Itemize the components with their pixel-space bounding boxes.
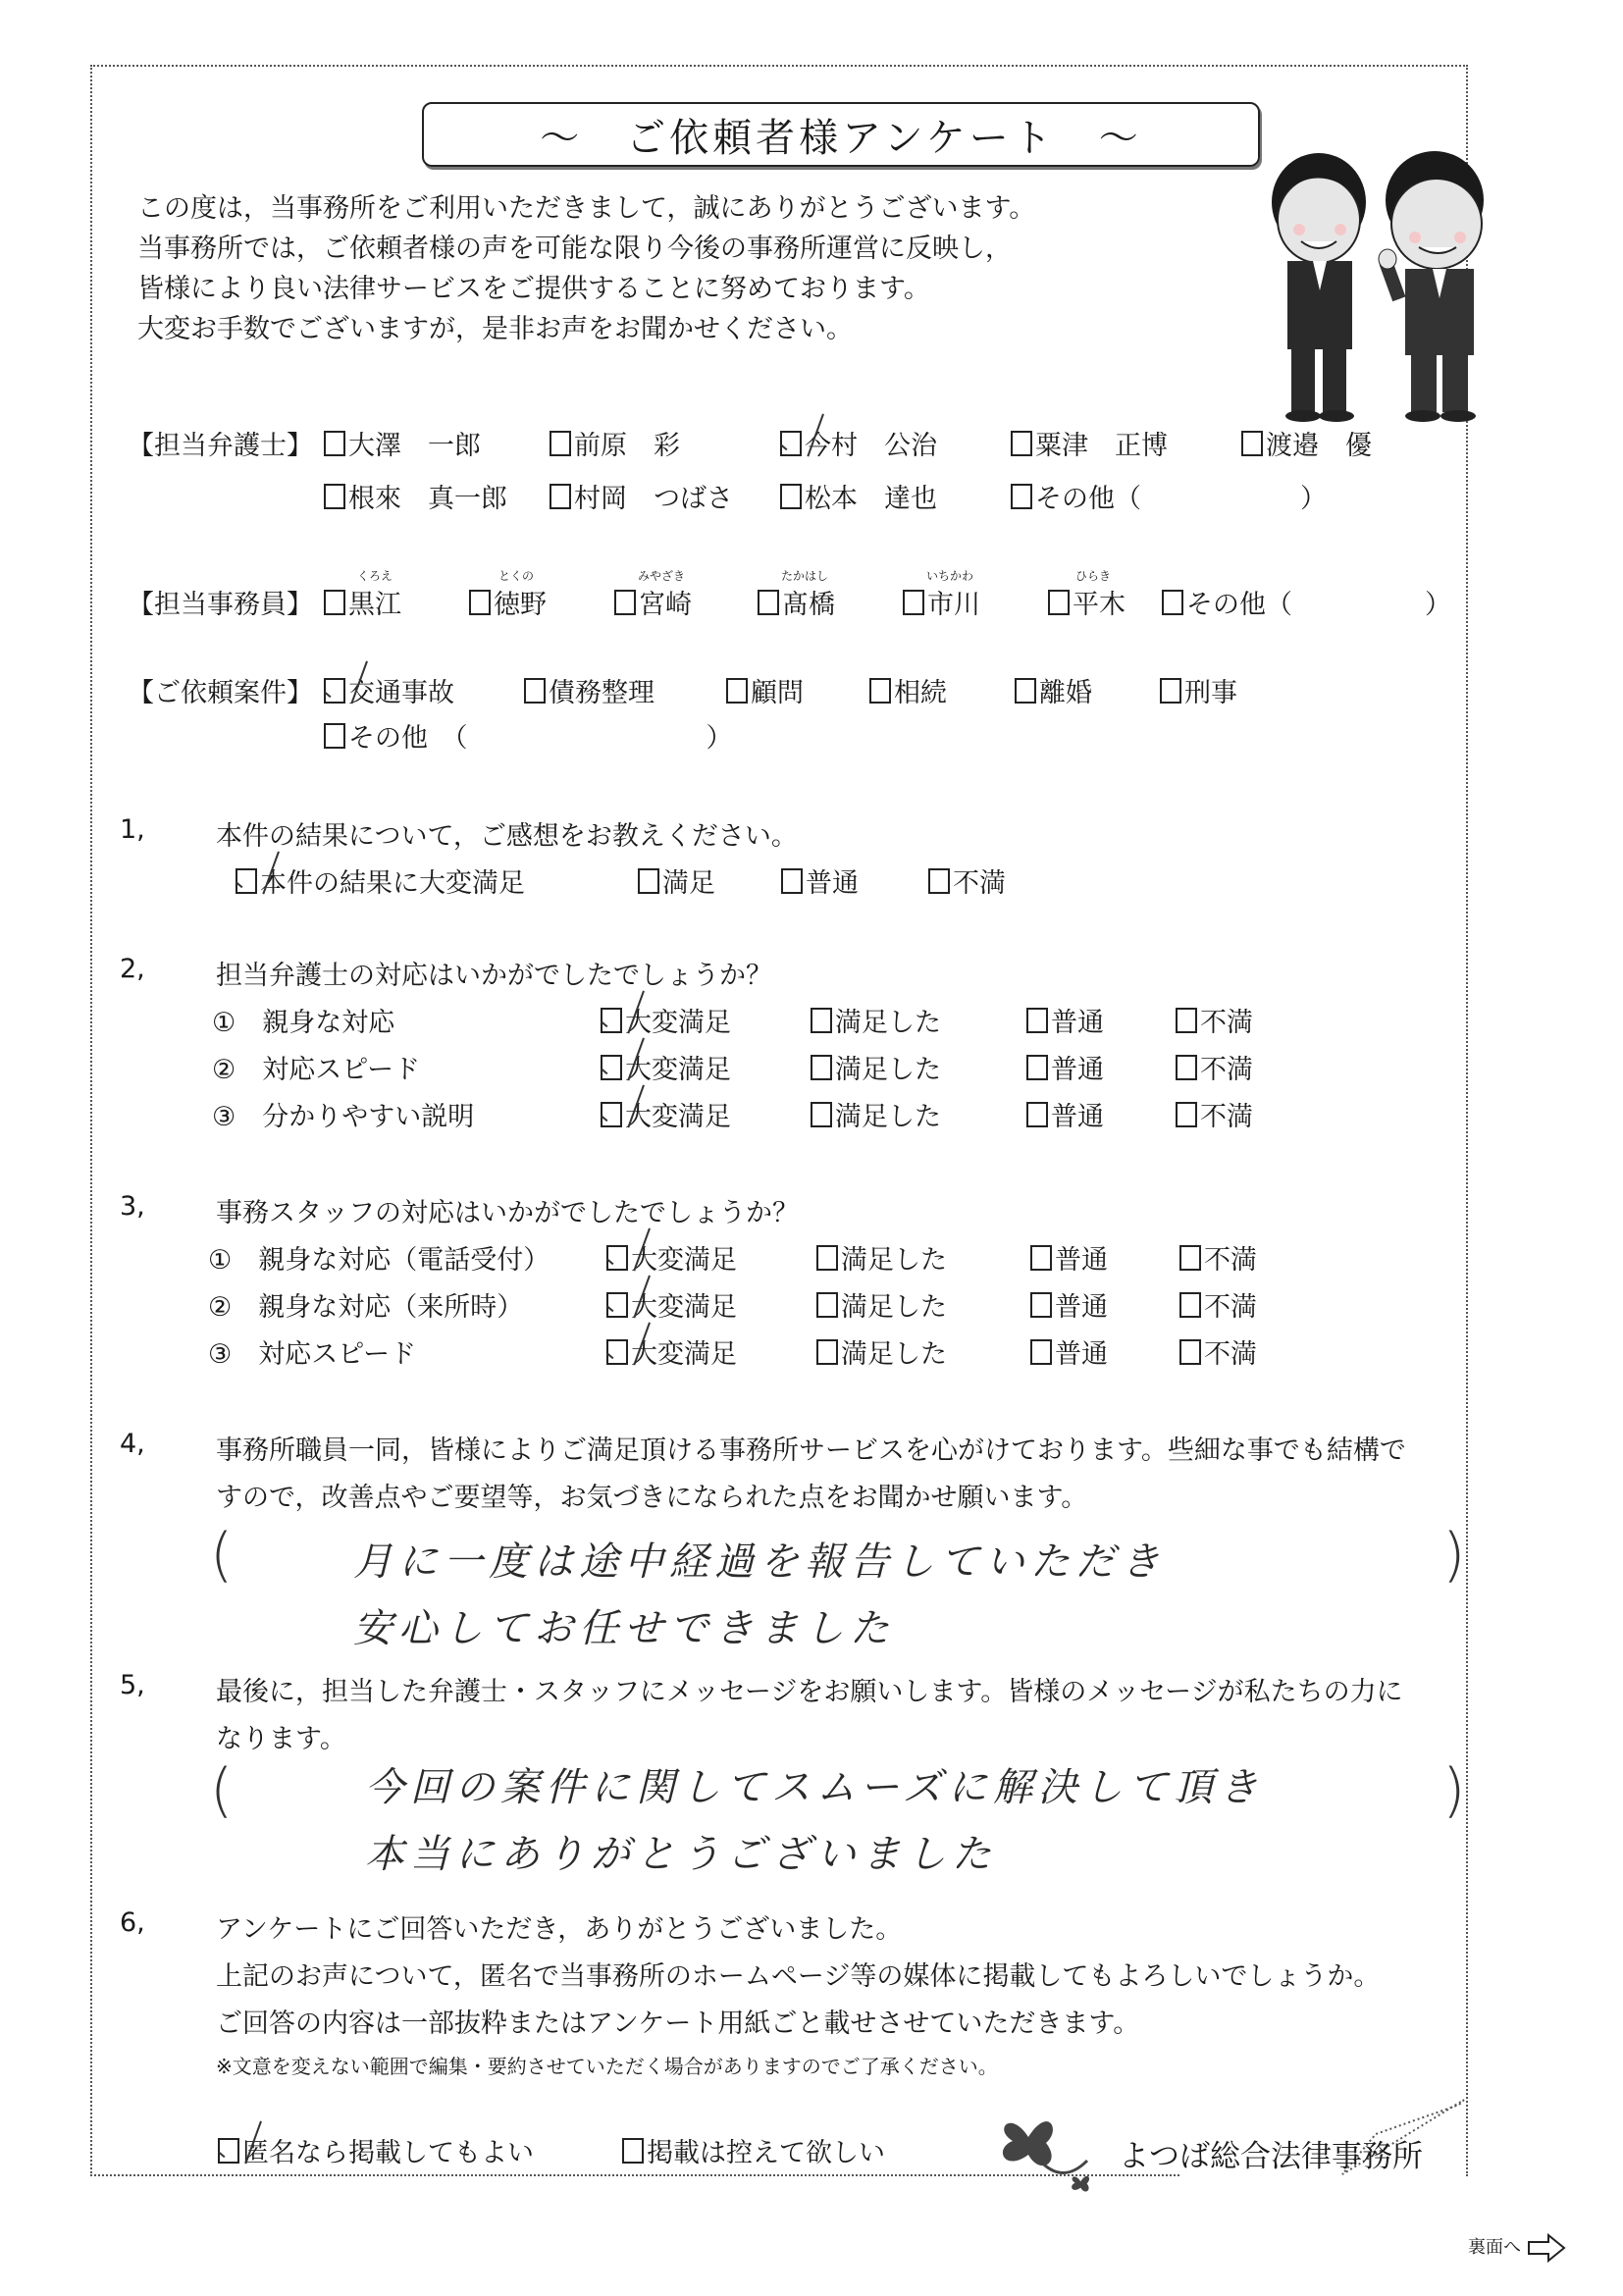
staff-option-other[interactable]: その他（ ）	[1162, 583, 1451, 621]
checkbox-unchecked[interactable]	[1015, 678, 1036, 704]
question-number: 1,	[120, 814, 145, 845]
q3-3-satisfied[interactable]: 満足した	[816, 1332, 947, 1371]
question-5-text: 最後に，担当した弁護士・スタッフにメッセージをお願いします。皆様のメッセージが私…	[216, 1670, 1403, 1708]
option-label: 平木	[1073, 583, 1126, 621]
q3-1-average[interactable]: 普通	[1030, 1238, 1108, 1277]
q2-3-average[interactable]: 普通	[1026, 1095, 1104, 1133]
checkbox-unchecked[interactable]	[638, 868, 659, 894]
option-label: 満足した	[835, 1048, 941, 1086]
lawyers-label: 【担当弁護士】	[128, 424, 313, 462]
option-label: 普通	[1055, 1238, 1108, 1277]
case-option-inheritance[interactable]: 相続	[869, 671, 947, 709]
q3-3-dissatisfied[interactable]: 不満	[1179, 1332, 1257, 1371]
question-number: 5,	[120, 1670, 145, 1700]
q1-option-dissatisfied[interactable]: 不満	[928, 861, 1006, 900]
edit-disclaimer-note: ※文意を変えない範囲で編集・要約させていただく場合がありますのでご了承ください。	[216, 2051, 998, 2079]
answer-bracket-right: )	[1442, 1521, 1465, 1590]
q2-item-label: ③ 分かりやすい説明	[212, 1095, 474, 1133]
four-leaf-clover-logo-icon	[991, 2100, 1119, 2198]
lawyer-mascots-illustration	[1258, 143, 1503, 428]
q3-3-very-satisfied[interactable]: 大変満足	[606, 1332, 737, 1371]
option-label: 刑事	[1184, 671, 1237, 709]
question-number: 3,	[120, 1191, 145, 1222]
q6-option-decline[interactable]: 掲載は控えて欲しい	[622, 2131, 885, 2169]
q5-handwritten-answer[interactable]: 本当にありがとうございました	[365, 1823, 997, 1879]
checkbox-unchecked[interactable]	[1011, 431, 1032, 456]
lawyer-option-muraoka[interactable]: 村岡 つばさ	[550, 477, 733, 515]
option-label: 離婚	[1039, 671, 1092, 709]
option-label: 本件の結果に大変満足	[260, 861, 525, 900]
q2-3-satisfied[interactable]: 満足した	[811, 1095, 941, 1133]
staff-option-takahashi[interactable]: 髙橋	[758, 583, 835, 621]
option-label: 今村 公治	[805, 424, 937, 462]
lawyer-option-imamura[interactable]: 今村 公治	[780, 424, 937, 462]
intro-line: 皆様により良い法律サービスをご提供することに努めております。	[137, 269, 1035, 309]
checkbox-unchecked[interactable]	[550, 484, 571, 509]
question-1-text: 本件の結果について，ご感想をお教えください。	[216, 814, 798, 853]
option-label: 普通	[1055, 1285, 1108, 1324]
option-label: 満足した	[841, 1285, 947, 1324]
checkbox-unchecked[interactable]	[550, 431, 571, 456]
lawyer-option-watanabe[interactable]: 渡邉 優	[1241, 424, 1372, 462]
checkbox-unchecked[interactable]	[324, 484, 345, 509]
checkbox-unchecked[interactable]	[614, 590, 636, 615]
q1-option-satisfied[interactable]: 満足	[638, 861, 715, 900]
checkbox-unchecked[interactable]	[469, 590, 491, 615]
option-label: 大変満足	[631, 1285, 737, 1324]
question-number: 2,	[120, 954, 145, 984]
option-label: 不満	[953, 861, 1006, 900]
checkbox-unchecked[interactable]	[1026, 1008, 1048, 1033]
checkbox-unchecked[interactable]	[1011, 484, 1032, 509]
case-option-criminal[interactable]: 刑事	[1160, 671, 1237, 709]
q1-option-very-satisfied[interactable]: 本件の結果に大変満足	[236, 861, 525, 900]
question-3-text: 事務スタッフの対応はいかがでしたでしょうか？	[216, 1191, 799, 1229]
q2-2-average[interactable]: 普通	[1026, 1048, 1104, 1086]
ruby-text: いちかわ	[926, 567, 973, 584]
staff-option-kuroe[interactable]: 黒江	[324, 583, 401, 621]
ruby-text: くろえ	[357, 567, 393, 584]
q3-1-dissatisfied[interactable]: 不満	[1179, 1238, 1257, 1277]
checkbox-unchecked[interactable]	[781, 868, 803, 894]
option-label: 大澤 一郎	[348, 424, 481, 462]
option-label: 普通	[1051, 1095, 1104, 1133]
ruby-text: たかはし	[781, 567, 828, 584]
q4-handwritten-answer[interactable]: 月に一度は途中経過を報告していただき	[353, 1531, 1166, 1587]
intro-line: 当事務所では，ご依頼者様の声を可能な限り今後の事務所運営に反映し，	[137, 229, 1035, 269]
staff-option-tokuno[interactable]: 徳野	[469, 583, 547, 621]
option-label: 普通	[1055, 1332, 1108, 1371]
q2-1-average[interactable]: 普通	[1026, 1001, 1104, 1039]
checkbox-checked[interactable]	[236, 868, 257, 894]
checkbox-checked[interactable]	[601, 1055, 622, 1080]
answer-bracket-left: (	[210, 1521, 233, 1590]
checkbox-unchecked[interactable]	[1179, 1245, 1201, 1271]
case-option-other[interactable]: その他 （ ）	[324, 716, 733, 755]
question-number: 6,	[120, 1907, 145, 1938]
checkbox-unchecked[interactable]	[811, 1102, 832, 1127]
option-label: 不満	[1204, 1238, 1257, 1277]
option-label: 黒江	[348, 583, 401, 621]
option-label: 普通	[806, 861, 859, 900]
option-label: 顧問	[751, 671, 804, 709]
survey-title: ～ ご依頼者様アンケート ～	[422, 102, 1260, 167]
option-label: 市川	[927, 583, 980, 621]
option-label: 不満	[1200, 1048, 1253, 1086]
checkbox-checked[interactable]	[606, 1339, 628, 1365]
staff-option-ichikawa[interactable]: 市川	[903, 583, 980, 621]
option-label: 満足した	[835, 1095, 941, 1133]
option-label: 不満	[1200, 1095, 1253, 1133]
intro-line: この度は，当事務所をご利用いただきまして，誠にありがとうございます。	[137, 188, 1035, 229]
option-label: 松本 達也	[805, 477, 937, 515]
lawyer-option-osawa[interactable]: 大澤 一郎	[324, 424, 481, 462]
q5-handwritten-answer[interactable]: 今回の案件に関してスムーズに解決して頂き	[365, 1756, 1264, 1812]
case-type-label: 【ご依頼案件】	[128, 671, 313, 709]
checkbox-unchecked[interactable]	[1179, 1292, 1201, 1318]
checkbox-unchecked[interactable]	[903, 590, 924, 615]
question-6-text: アンケートにご回答いただき，ありがとうございました。	[216, 1907, 902, 1946]
lawyer-option-negoro[interactable]: 根來 真一郎	[324, 477, 507, 515]
ruby-text: とくの	[498, 567, 534, 584]
option-label: 交通事故	[348, 671, 454, 709]
option-label: 不満	[1204, 1285, 1257, 1324]
q3-item-label: ③ 対応スピード	[208, 1332, 416, 1371]
checkbox-unchecked[interactable]	[758, 590, 779, 615]
checkbox-unchecked[interactable]	[622, 2138, 644, 2164]
option-label: 匿名なら掲載してもよい	[242, 2131, 534, 2169]
checkbox-checked[interactable]	[780, 431, 802, 456]
option-label: 大変満足	[631, 1332, 737, 1371]
lawyer-option-other[interactable]: その他（ ）	[1011, 477, 1327, 515]
checkbox-unchecked[interactable]	[324, 590, 345, 615]
checkbox-unchecked[interactable]	[1162, 590, 1183, 615]
question-6-text: ご回答の内容は一部抜粋またはアンケート用紙ごと載せさせていただきます。	[216, 2002, 1139, 2040]
checkbox-unchecked[interactable]	[780, 484, 802, 509]
q2-1-dissatisfied[interactable]: 不満	[1176, 1001, 1253, 1039]
q3-2-average[interactable]: 普通	[1030, 1285, 1108, 1324]
option-label: 債務整理	[549, 671, 654, 709]
q2-3-very-satisfied[interactable]: 大変満足	[601, 1095, 731, 1133]
intro-line: 大変お手数でございますが，是非お声をお聞かせください。	[137, 309, 1035, 349]
checkbox-unchecked[interactable]	[1179, 1339, 1201, 1365]
checkbox-unchecked[interactable]	[816, 1245, 838, 1271]
q2-1-satisfied[interactable]: 満足した	[811, 1001, 941, 1039]
option-label: 村岡 つばさ	[574, 477, 733, 515]
survey-title-text: ～ ご依頼者様アンケート ～	[540, 107, 1142, 163]
q2-2-dissatisfied[interactable]: 不満	[1176, 1048, 1253, 1086]
q3-item-label: ① 親身な対応（電話受付）	[208, 1238, 550, 1277]
checkbox-unchecked[interactable]	[1176, 1008, 1197, 1033]
case-option-debt[interactable]: 債務整理	[524, 671, 654, 709]
option-label: 不満	[1200, 1001, 1253, 1039]
ruby-text: ひらき	[1075, 567, 1111, 584]
intro-text: この度は，当事務所をご利用いただきまして，誠にありがとうございます。 当事務所で…	[137, 188, 1035, 349]
checkbox-unchecked[interactable]	[726, 678, 748, 704]
case-option-divorce[interactable]: 離婚	[1015, 671, 1092, 709]
checkbox-unchecked[interactable]	[1048, 590, 1070, 615]
answer-bracket-left: (	[210, 1756, 233, 1825]
checkbox-unchecked[interactable]	[324, 431, 345, 456]
option-label: 大変満足	[631, 1238, 737, 1277]
option-label: 粟津 正博	[1035, 424, 1168, 462]
option-label: 普通	[1051, 1048, 1104, 1086]
checkbox-unchecked[interactable]	[524, 678, 546, 704]
q1-option-average[interactable]: 普通	[781, 861, 859, 900]
option-label: 普通	[1051, 1001, 1104, 1039]
question-5-text: なります。	[216, 1717, 346, 1755]
case-option-traffic-accident[interactable]: 交通事故	[324, 671, 454, 709]
option-label: 満足	[662, 861, 715, 900]
option-label: その他 （ ）	[348, 716, 733, 755]
checkbox-unchecked[interactable]	[816, 1292, 838, 1318]
option-label: 相続	[894, 671, 947, 709]
q6-option-anonymous-ok[interactable]: 匿名なら掲載してもよい	[218, 2131, 534, 2169]
q3-2-dissatisfied[interactable]: 不満	[1179, 1285, 1257, 1324]
option-label: その他（ ）	[1035, 477, 1327, 515]
checkbox-unchecked[interactable]	[1030, 1245, 1052, 1271]
lawyer-option-awazu[interactable]: 粟津 正博	[1011, 424, 1168, 462]
firm-name: よつば総合法律事務所	[1119, 2131, 1423, 2175]
question-4-text: すので，改善点やご要望等，お気づきになられた点をお聞かせ願います。	[216, 1476, 1087, 1514]
q2-item-label: ② 対応スピード	[212, 1048, 420, 1086]
case-option-advisory[interactable]: 顧問	[726, 671, 804, 709]
option-label: 徳野	[494, 583, 547, 621]
checkbox-unchecked[interactable]	[1160, 678, 1181, 704]
checkbox-checked[interactable]	[324, 678, 345, 704]
question-4-text: 事務所職員一同，皆様によりご満足頂ける事務所サービスを心がけております。些細な事…	[216, 1429, 1406, 1467]
staff-option-hiraki[interactable]: 平木	[1048, 583, 1126, 621]
checkbox-unchecked[interactable]	[811, 1055, 832, 1080]
checkbox-unchecked[interactable]	[1026, 1055, 1048, 1080]
arrow-right-icon	[1527, 2233, 1566, 2263]
checkbox-checked[interactable]	[601, 1008, 622, 1033]
q3-item-label: ② 親身な対応（来所時）	[208, 1285, 523, 1324]
option-label: 宮崎	[639, 583, 692, 621]
q2-item-label: ① 親身な対応	[212, 1001, 394, 1039]
q4-handwritten-answer[interactable]: 安心してお任せできました	[353, 1597, 895, 1653]
option-label: 満足した	[841, 1238, 947, 1277]
checkbox-checked[interactable]	[606, 1292, 628, 1318]
question-2-text: 担当弁護士の対応はいかがでしたでしょうか？	[216, 954, 772, 992]
ruby-text: みやざき	[638, 567, 685, 584]
checkbox-checked[interactable]	[218, 2138, 239, 2164]
answer-bracket-right: )	[1442, 1756, 1465, 1825]
mascot-left	[1272, 153, 1366, 422]
staff-label: 【担当事務員】	[128, 583, 313, 621]
checkbox-unchecked[interactable]	[1176, 1102, 1197, 1127]
option-label: 大変満足	[625, 1001, 731, 1039]
option-label: 大変満足	[625, 1095, 731, 1133]
option-label: 前原 彩	[574, 424, 680, 462]
checkbox-unchecked[interactable]	[1026, 1102, 1048, 1127]
option-label: 満足した	[841, 1332, 947, 1371]
checkbox-unchecked[interactable]	[1030, 1292, 1052, 1318]
next-page-label: 裏面へ	[1468, 2237, 1521, 2258]
checkbox-unchecked[interactable]	[869, 678, 891, 704]
option-label: 不満	[1204, 1332, 1257, 1371]
mascot-right	[1379, 151, 1484, 422]
option-label: 根來 真一郎	[348, 477, 507, 515]
next-page-link[interactable]: 裏面へ	[1468, 2233, 1566, 2263]
lawyer-option-maehara[interactable]: 前原 彩	[550, 424, 680, 462]
q3-2-satisfied[interactable]: 満足した	[816, 1285, 947, 1324]
option-label: 渡邉 優	[1266, 424, 1372, 462]
checkbox-checked[interactable]	[606, 1245, 628, 1271]
q3-1-satisfied[interactable]: 満足した	[816, 1238, 947, 1277]
question-6-text: 上記のお声について，匿名で当事務所のホームページ等の媒体に掲載してもよろしいでし…	[216, 1955, 1380, 1993]
question-number: 4,	[120, 1429, 145, 1459]
checkbox-unchecked[interactable]	[816, 1339, 838, 1365]
checkbox-unchecked[interactable]	[1030, 1339, 1052, 1365]
option-label: 掲載は控えて欲しい	[647, 2131, 885, 2169]
q3-3-average[interactable]: 普通	[1030, 1332, 1108, 1371]
option-label: 満足した	[835, 1001, 941, 1039]
checkbox-unchecked[interactable]	[928, 868, 950, 894]
q2-2-satisfied[interactable]: 満足した	[811, 1048, 941, 1086]
lawyer-option-matsumoto[interactable]: 松本 達也	[780, 477, 937, 515]
checkbox-unchecked[interactable]	[811, 1008, 832, 1033]
option-label: 大変満足	[625, 1048, 731, 1086]
option-label: その他（ ）	[1186, 583, 1451, 621]
checkbox-unchecked[interactable]	[324, 723, 345, 749]
staff-option-miyazaki[interactable]: 宮崎	[614, 583, 692, 621]
checkbox-unchecked[interactable]	[1176, 1055, 1197, 1080]
checkbox-checked[interactable]	[601, 1102, 622, 1127]
q2-3-dissatisfied[interactable]: 不満	[1176, 1095, 1253, 1133]
checkbox-unchecked[interactable]	[1241, 431, 1263, 456]
option-label: 髙橋	[782, 583, 835, 621]
